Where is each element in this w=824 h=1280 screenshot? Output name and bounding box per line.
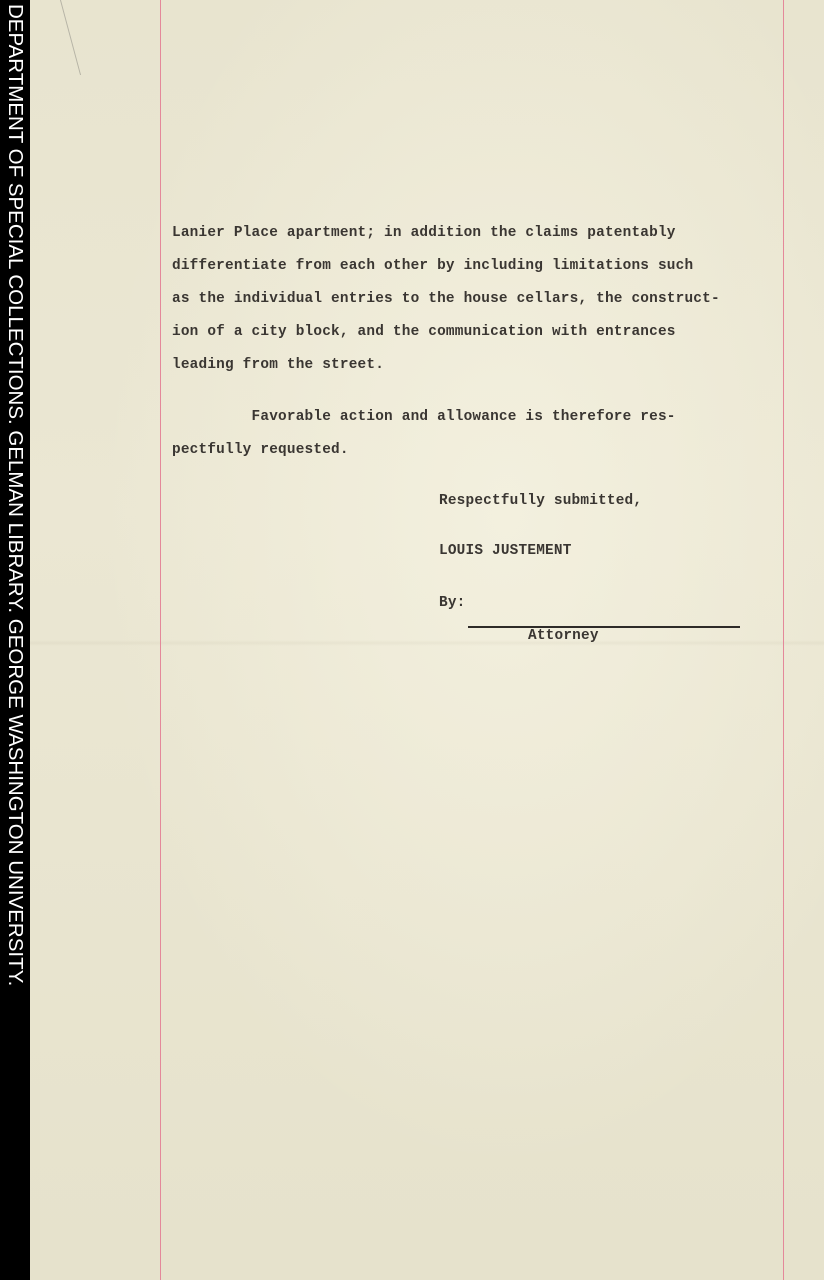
archive-credit-strip: DEPARTMENT OF SPECIAL COLLECTIONS. GELMA… bbox=[0, 0, 30, 1280]
signer-name: LOUIS JUSTEMENT bbox=[439, 543, 572, 559]
signature-title: Attorney bbox=[528, 628, 599, 644]
closing-text: Respectfully submitted, bbox=[439, 493, 642, 509]
text-line: pectfully requested. bbox=[172, 442, 349, 458]
signature-line bbox=[468, 626, 740, 628]
archive-credit-text: DEPARTMENT OF SPECIAL COLLECTIONS. GELMA… bbox=[0, 0, 30, 1280]
text-line: leading from the street. bbox=[172, 357, 384, 373]
text-line: differentiate from each other by includi… bbox=[172, 258, 693, 274]
text-line: ion of a city block, and the communicati… bbox=[172, 324, 676, 340]
text-line: Lanier Place apartment; in addition the … bbox=[172, 225, 676, 241]
text-line: as the individual entries to the house c… bbox=[172, 291, 720, 307]
left-margin-line bbox=[160, 0, 161, 1280]
text-line: Favorable action and allowance is theref… bbox=[172, 409, 676, 425]
by-label: By: bbox=[439, 595, 466, 611]
paper-fold bbox=[30, 640, 824, 646]
right-margin-line bbox=[783, 0, 784, 1280]
